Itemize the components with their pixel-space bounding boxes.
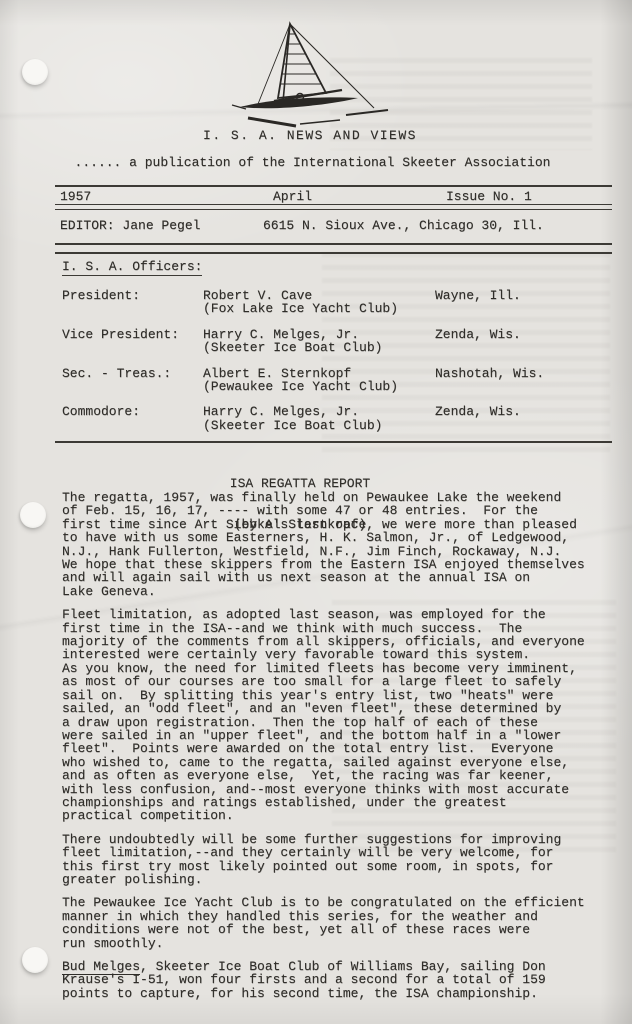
officer-location: Wayne, Ill. bbox=[435, 289, 614, 316]
officer-title: Vice President: bbox=[62, 328, 203, 355]
masthead: 1957 April Issue No. 1 EDITOR: Jane Pege… bbox=[55, 185, 612, 254]
masthead-issue-row: 1957 April Issue No. 1 bbox=[55, 185, 612, 205]
officer-location: Zenda, Wis. bbox=[435, 405, 614, 432]
officers-heading: I. S. A. Officers: bbox=[62, 259, 202, 276]
report-title: ISA REGATTA REPORT bbox=[0, 477, 600, 491]
masthead-month: April bbox=[273, 189, 312, 204]
officer-row-sec-treas: Sec. - Treas.: Albert E. Sternkopf (Pewa… bbox=[62, 367, 614, 394]
officer-club: (Skeeter Ice Boat Club) bbox=[203, 419, 435, 432]
officer-title: Commodore: bbox=[62, 405, 203, 432]
officer-name-club: Harry C. Melges, Jr. (Skeeter Ice Boat C… bbox=[203, 405, 435, 432]
masthead-double-rule bbox=[55, 243, 612, 254]
iceboat-illustration bbox=[228, 20, 406, 142]
masthead-rule bbox=[55, 205, 612, 210]
editor-address: 6615 N. Sioux Ave., Chicago 30, Ill. bbox=[263, 218, 544, 233]
report-paragraph-4: The Pewaukee Ice Yacht Club is to be con… bbox=[62, 896, 622, 950]
masthead-issue-number: Issue No. 1 bbox=[446, 189, 532, 204]
officer-name-club: Harry C. Melges, Jr. (Skeeter Ice Boat C… bbox=[203, 328, 435, 355]
officer-club: (Pewaukee Ice Yacht Club) bbox=[203, 380, 435, 393]
report-paragraph-5: Bud Melges, Skeeter Ice Boat Club of Wil… bbox=[62, 960, 622, 1000]
officers-table: President: Robert V. Cave (Fox Lake Ice … bbox=[62, 289, 614, 444]
officer-name-club: Albert E. Sternkopf (Pewaukee Ice Yacht … bbox=[203, 367, 435, 394]
officer-club: (Skeeter Ice Boat Club) bbox=[203, 341, 435, 354]
scanned-newsletter-page: { "colors": { "paper": "#e5e3df", "ink":… bbox=[0, 0, 632, 1024]
masthead-editor-row: EDITOR: Jane Pegel 6615 N. Sioux Ave., C… bbox=[55, 218, 612, 234]
report-paragraph-2: Fleet limitation, as adopted last season… bbox=[62, 608, 622, 823]
section-divider-rule bbox=[55, 441, 612, 443]
officer-name: Robert V. Cave bbox=[203, 289, 435, 302]
report-paragraph-1: The regatta, 1957, was finally held on P… bbox=[62, 491, 622, 598]
officer-name: Harry C. Melges, Jr. bbox=[203, 328, 435, 341]
officer-name: Harry C. Melges, Jr. bbox=[203, 405, 435, 418]
editor-name: EDITOR: Jane Pegel bbox=[60, 218, 200, 233]
report-body: The regatta, 1957, was finally held on P… bbox=[62, 491, 622, 1010]
hole-punch-top bbox=[22, 59, 48, 85]
officer-name: Albert E. Sternkopf bbox=[203, 367, 435, 380]
officer-location: Zenda, Wis. bbox=[435, 328, 614, 355]
report-paragraph-3: There undoubtedly will be some further s… bbox=[62, 833, 622, 887]
officer-location: Nashotah, Wis. bbox=[435, 367, 614, 394]
officer-title: President: bbox=[62, 289, 203, 316]
officer-row-commodore: Commodore: Harry C. Melges, Jr. (Skeeter… bbox=[62, 405, 614, 432]
newsletter-subtitle: ...... a publication of the Internationa… bbox=[0, 155, 625, 170]
newsletter-title: I. S. A. NEWS AND VIEWS bbox=[0, 128, 620, 143]
officer-club: (Fox Lake Ice Yacht Club) bbox=[203, 302, 435, 315]
officer-row-vice-president: Vice President: Harry C. Melges, Jr. (Sk… bbox=[62, 328, 614, 355]
officer-row-president: President: Robert V. Cave (Fox Lake Ice … bbox=[62, 289, 614, 316]
hole-punch-bottom bbox=[22, 947, 48, 973]
masthead-year: 1957 bbox=[60, 189, 91, 204]
officer-name-club: Robert V. Cave (Fox Lake Ice Yacht Club) bbox=[203, 289, 435, 316]
officer-title: Sec. - Treas.: bbox=[62, 367, 203, 394]
